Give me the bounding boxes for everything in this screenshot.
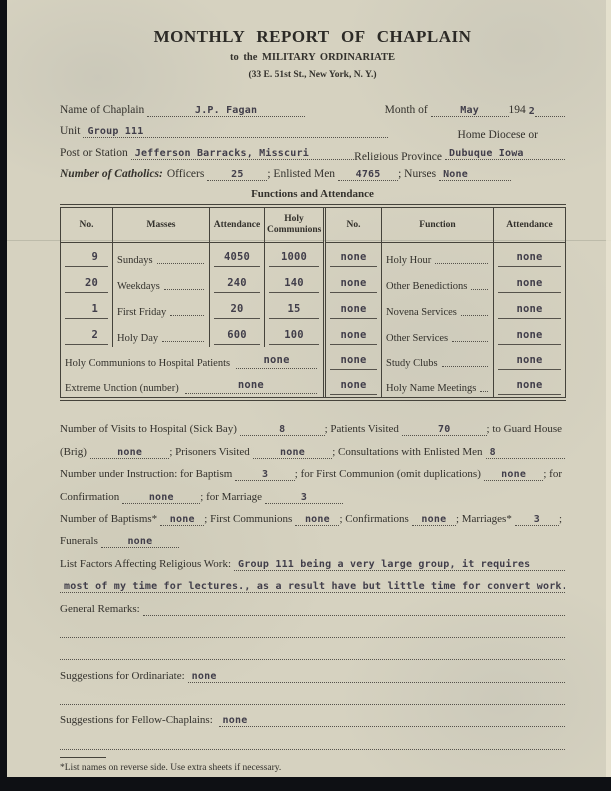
mass-communions-cell: 100 <box>265 321 325 347</box>
col-header-masses: Masses <box>113 206 210 243</box>
year-field-tail <box>535 116 565 117</box>
typed-value: most of my time for lectures., as a resu… <box>64 581 565 592</box>
fill-in-field <box>60 704 565 705</box>
post-station-field: Jefferson Barracks, Misscuri <box>131 147 354 160</box>
fill-in-field: none <box>412 513 456 526</box>
post-station-label: Post or Station <box>60 147 131 160</box>
printed-text: List Factors Affecting Religious Work: <box>60 558 234 571</box>
page-edge-right <box>606 0 611 777</box>
brig-line: (Brig)none; Prisoners Visitednone; Consu… <box>60 436 565 458</box>
typed-value: none <box>223 715 248 726</box>
printed-text: Number of Baptisms* <box>60 513 160 526</box>
typed-value: 1000 <box>281 251 307 263</box>
fill-in-field: none <box>101 535 179 548</box>
function-name-cell: Novena Services <box>382 295 494 321</box>
year-printed: 194 <box>509 104 529 117</box>
typed-value: none <box>340 354 366 366</box>
unit-field: Group 111 <box>83 125 387 138</box>
printed-label: Novena Services <box>386 307 457 319</box>
officers-value: 25 <box>231 169 243 180</box>
typed-value: none <box>516 251 542 263</box>
function-count-cell: none <box>325 372 382 399</box>
enlisted-men-label: ; Enlisted Men <box>267 168 338 181</box>
function-attendance-cell: none <box>494 243 566 270</box>
fill-in-field: 8 <box>486 446 565 459</box>
form-fields: Name of Chaplain J.P. Fagan Month of May… <box>60 95 565 181</box>
printed-label: Holy Hour <box>386 255 431 267</box>
table-title: Functions and Attendance <box>60 188 565 200</box>
general-remarks-line: General Remarks: <box>60 593 565 615</box>
printed-text: Suggestions for Fellow-Chaplains: <box>60 714 219 727</box>
function-attendance-cell: none <box>494 347 566 372</box>
typed-value: 3 <box>301 492 307 503</box>
blank-dotted-line <box>60 616 565 638</box>
name-field: J.P. Fagan <box>147 104 305 117</box>
scan-edge-bottom <box>0 777 611 791</box>
printed-label: Other Benedictions <box>386 281 467 293</box>
fill-in-field: none <box>188 670 565 683</box>
fill-in-field: none <box>122 491 200 504</box>
typed-value: 15 <box>287 303 300 315</box>
fill-in-field: none <box>295 513 339 526</box>
form-subtitle: to the MILITARY ORDINARIATE <box>60 52 565 63</box>
table-row: 20Weekdays240140noneOther Benedictionsno… <box>61 269 566 295</box>
printed-label: Other Services <box>386 333 448 345</box>
function-count-cell: none <box>325 321 382 347</box>
col-header-function: Function <box>382 206 494 243</box>
printed-text: ; for Marriage <box>200 491 265 504</box>
typed-value: none <box>149 492 174 503</box>
typed-value: none <box>127 536 152 547</box>
typed-value: 8 <box>490 447 496 458</box>
fill-in-field: none <box>484 468 543 481</box>
printed-text: ; Marriages* <box>456 513 515 526</box>
typed-value: 8 <box>279 424 285 435</box>
mass-name-cell: Sundays <box>113 243 210 270</box>
baptisms-line: Number of Baptisms*none; First Communion… <box>60 504 565 526</box>
typed-value: none <box>516 277 542 289</box>
religious-province-field: Dubuque Iowa <box>445 147 565 160</box>
typed-value: 20 <box>230 303 243 315</box>
enlisted-men-value: 4765 <box>356 169 381 180</box>
officers-field: 25 <box>207 168 267 181</box>
nurses-label: ; Nurses <box>398 168 439 181</box>
mass-communions-cell: 140 <box>265 269 325 295</box>
mass-count-cell: 2 <box>61 321 113 347</box>
mass-communions-cell: 1000 <box>265 243 325 270</box>
typed-value: 3 <box>534 514 540 525</box>
function-attendance-cell: none <box>494 295 566 321</box>
typed-value: none <box>340 251 366 263</box>
fill-in-field: none <box>160 513 204 526</box>
col-header-no-right: No. <box>325 206 382 243</box>
typed-value: none <box>170 514 195 525</box>
blank-dotted-line <box>60 727 565 749</box>
printed-text: (Brig) <box>60 446 90 459</box>
table-footer-label-cell: Extreme Unction (number)none <box>61 372 325 399</box>
unit-row: Unit Group 111 Home Diocese or <box>60 117 565 139</box>
table-footer-label-cell: Holy Communions to Hospital Patientsnone <box>61 347 325 372</box>
month-label: Month of <box>385 104 431 117</box>
mass-count-cell: 1 <box>61 295 113 321</box>
col-header-attendance-right: Attendance <box>494 206 566 243</box>
blank-dotted-line <box>60 683 565 705</box>
month-value: May <box>460 105 479 116</box>
function-attendance-cell: none <box>494 372 566 399</box>
mass-attendance-cell: 20 <box>210 295 265 321</box>
fellow-chaplains-line: Suggestions for Fellow-Chaplains: none <box>60 705 565 727</box>
unit-label: Unit <box>60 125 83 138</box>
function-name-cell: Study Clubs <box>382 347 494 372</box>
function-name-cell: Other Benedictions <box>382 269 494 295</box>
home-diocese-label: Home Diocese or <box>458 129 541 138</box>
printed-text: ; Patients Visited <box>325 423 402 436</box>
fill-in-field: none <box>236 350 317 369</box>
function-attendance-cell: none <box>494 269 566 295</box>
name-value: J.P. Fagan <box>195 105 257 116</box>
fill-in-field: none <box>90 446 169 459</box>
typed-value: none <box>192 671 217 682</box>
dotted-leader <box>442 366 488 367</box>
typed-value: none <box>421 514 446 525</box>
printed-label: Study Clubs <box>386 358 438 370</box>
printed-text: General Remarks: <box>60 603 143 616</box>
fill-in-field: 3 <box>235 468 294 481</box>
table-footer-row: Holy Communions to Hospital Patientsnone… <box>61 347 566 372</box>
dotted-leader <box>471 289 488 290</box>
instruction-line: Number under Instruction: for Baptism3; … <box>60 459 565 481</box>
fill-in-field: 70 <box>402 423 487 436</box>
dotted-leader <box>435 263 488 264</box>
confirmation-line: Confirmationnone; for Marriage3 <box>60 481 565 503</box>
fill-in-field: 3 <box>515 513 559 526</box>
table-row: 2Holy Day600100noneOther Servicesnone <box>61 321 566 347</box>
typed-value: none <box>238 379 264 391</box>
printed-text: ; to Guard House <box>487 423 565 436</box>
printed-text: Number under Instruction: for Baptism <box>60 468 235 481</box>
catholics-row: Number of Catholics: Officers 25 ; Enlis… <box>60 160 565 182</box>
mass-attendance-cell: 4050 <box>210 243 265 270</box>
form-header: MONTHLY REPORT OF CHAPLAIN to the MILITA… <box>60 27 565 80</box>
printed-text: Number of Visits to Hospital (Sick Bay) <box>60 423 240 436</box>
footnote-rule <box>60 757 106 758</box>
factors-line: List Factors Affecting Religious Work:Gr… <box>60 548 565 570</box>
typed-value: none <box>516 303 542 315</box>
col-header-holy-communions: Holy Communions <box>265 206 325 243</box>
fill-in-field <box>143 615 565 616</box>
printed-label: First Friday <box>117 307 166 319</box>
nurses-value: None <box>443 169 468 180</box>
printed-text: Suggestions for Ordinariate: <box>60 670 188 683</box>
fill-in-field: 8 <box>240 423 325 436</box>
post-station-value: Jefferson Barracks, Misscuri <box>135 148 309 159</box>
function-name-cell: Other Services <box>382 321 494 347</box>
printed-text: Confirmation <box>60 491 122 504</box>
typed-value: 2 <box>91 329 98 341</box>
dotted-leader <box>157 263 204 264</box>
typed-value: 3 <box>262 469 268 480</box>
officers-label: Officers <box>167 168 207 181</box>
function-name-cell: Holy Hour <box>382 243 494 270</box>
col-header-attendance: Attendance <box>210 206 265 243</box>
typed-value: 140 <box>284 277 304 289</box>
typed-value: 600 <box>227 329 247 341</box>
form-title: MONTHLY REPORT OF CHAPLAIN <box>60 27 565 47</box>
printed-text: ; for First Communion (omit duplications… <box>295 468 484 481</box>
printed-text: ; Confirmations <box>339 513 411 526</box>
dotted-leader <box>170 315 204 316</box>
funerals-line: Funeralsnone <box>60 526 565 548</box>
typed-value: none <box>340 277 366 289</box>
table-row: 1First Friday2015noneNovena Servicesnone <box>61 295 566 321</box>
function-count-cell: none <box>325 269 382 295</box>
fill-in-field: 3 <box>265 491 343 504</box>
dotted-leader <box>452 341 488 342</box>
typed-value: none <box>280 447 305 458</box>
fill-in-field: most of my time for lectures., as a resu… <box>60 580 565 593</box>
typed-value: 9 <box>91 251 98 263</box>
fill-in-field: Group 111 being a very large group, it r… <box>234 558 565 571</box>
printed-label: Extreme Unction (number) <box>65 383 179 395</box>
typed-value: none <box>340 303 366 315</box>
col-header-no: No. <box>61 206 113 243</box>
printed-text: ; Consultations with Enlisted Men <box>332 446 485 459</box>
function-count-cell: none <box>325 243 382 270</box>
name-month-row: Name of Chaplain J.P. Fagan Month of May… <box>60 95 565 117</box>
dotted-leader <box>162 341 204 342</box>
functions-attendance-table: No.MassesAttendanceHoly CommunionsNo.Fun… <box>60 204 566 401</box>
mass-count-cell: 20 <box>61 269 113 295</box>
printed-text: ; First Communions <box>204 513 295 526</box>
typed-value: none <box>340 329 366 341</box>
nurses-field: None <box>439 168 511 181</box>
typed-value: none <box>117 447 142 458</box>
printed-text: ; for <box>543 468 565 481</box>
typed-value: none <box>305 514 330 525</box>
blank-dotted-line <box>60 638 565 660</box>
dotted-leader <box>164 289 204 290</box>
catholics-label: Number of Catholics: <box>60 168 167 181</box>
religious-province-label: Religious Province <box>354 151 445 160</box>
typed-value: 20 <box>85 277 98 289</box>
function-attendance-cell: none <box>494 321 566 347</box>
enlisted-men-field: 4765 <box>338 168 398 181</box>
dotted-leader <box>480 391 488 392</box>
post-station-row: Post or Station Jefferson Barracks, Miss… <box>60 138 565 160</box>
mass-attendance-cell: 240 <box>210 269 265 295</box>
paper-crease <box>7 240 611 241</box>
table-footer-row: Extreme Unction (number)nonenoneHoly Nam… <box>61 372 566 399</box>
fill-in-field: none <box>219 714 565 727</box>
mass-attendance-cell: 600 <box>210 321 265 347</box>
mass-name-cell: Holy Day <box>113 321 210 347</box>
month-field: May <box>431 104 509 117</box>
mass-name-cell: Weekdays <box>113 269 210 295</box>
mass-name-cell: First Friday <box>113 295 210 321</box>
function-count-cell: none <box>325 295 382 321</box>
ordinariate-line: Suggestions for Ordinariate:none <box>60 660 565 682</box>
name-label: Name of Chaplain <box>60 104 147 117</box>
typed-value: none <box>264 354 290 366</box>
factors-line-continued: most of my time for lectures., as a resu… <box>60 571 565 593</box>
fill-in-field <box>60 637 565 638</box>
mass-communions-cell: 15 <box>265 295 325 321</box>
printed-label: Weekdays <box>117 281 160 293</box>
fill-in-field: none <box>185 375 317 394</box>
table-row: 9Sundays40501000noneHoly Hournone <box>61 243 566 270</box>
printed-text: Funerals <box>60 535 101 548</box>
typed-value: none <box>516 354 542 366</box>
paper-sheet: MONTHLY REPORT OF CHAPLAIN to the MILITA… <box>7 0 611 777</box>
fill-in-field: none <box>253 446 332 459</box>
typed-value: none <box>516 329 542 341</box>
dotted-leader <box>461 315 488 316</box>
printed-text: ; Prisoners Visited <box>169 446 252 459</box>
typed-value: Group 111 being a very large group, it r… <box>238 559 530 570</box>
table-header-row: No.MassesAttendanceHoly CommunionsNo.Fun… <box>61 206 566 243</box>
printed-label: Holy Day <box>117 333 158 345</box>
typed-value: none <box>501 469 526 480</box>
function-name-cell: Holy Name Meetings <box>382 372 494 399</box>
visits-line: Number of Visits to Hospital (Sick Bay)8… <box>60 414 565 436</box>
scan-edge-left <box>0 0 7 791</box>
typed-value: 100 <box>284 329 304 341</box>
typed-value: none <box>516 379 542 391</box>
typed-value: 1 <box>91 303 98 315</box>
ordinariate-address: (33 E. 51st St., New York, N. Y.) <box>60 70 565 80</box>
printed-label: Holy Name Meetings <box>386 383 476 395</box>
printed-text: ; <box>559 513 565 526</box>
typed-value: 70 <box>438 424 450 435</box>
fill-in-field <box>60 749 565 750</box>
footnote: *List names on reverse side. Use extra s… <box>60 763 565 773</box>
report-body: Number of Visits to Hospital (Sick Bay)8… <box>60 414 565 750</box>
scanned-document: MONTHLY REPORT OF CHAPLAIN to the MILITA… <box>0 0 611 791</box>
typed-value: 240 <box>227 277 247 289</box>
function-count-cell: none <box>325 347 382 372</box>
fill-in-field <box>60 659 565 660</box>
typed-value: none <box>340 379 366 391</box>
printed-label: Holy Communions to Hospital Patients <box>65 358 230 370</box>
religious-province-value: Dubuque Iowa <box>449 148 524 159</box>
printed-label: Sundays <box>117 255 153 267</box>
unit-value: Group 111 <box>87 126 143 137</box>
mass-count-cell: 9 <box>61 243 113 270</box>
typed-value: 4050 <box>224 251 250 263</box>
